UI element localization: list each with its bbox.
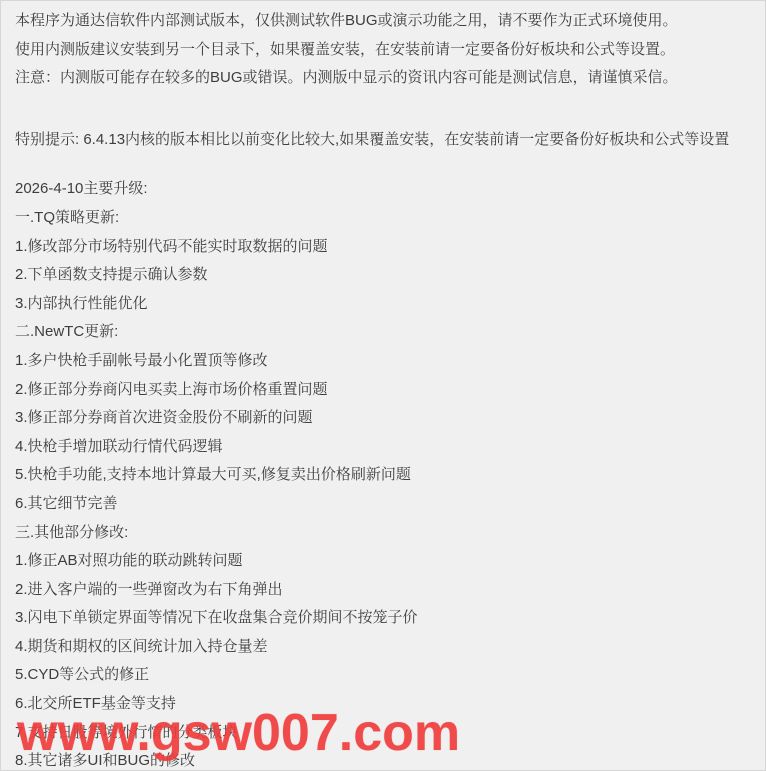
spacer [15, 154, 765, 175]
section-heading-tq: 一.TQ策略更新: [15, 204, 765, 233]
changelog-item: 7.支持日股等境外行情的分类板块 [15, 719, 765, 748]
changelog-item: 5.快枪手功能,支持本地计算最大可买,修复卖出价格刷新问题 [15, 461, 765, 490]
changelog-item: 1.修正AB对照功能的联动跳转问题 [15, 547, 765, 576]
changelog-item: 1.修改部分市场特别代码不能实时取数据的问题 [15, 233, 765, 262]
section-heading-other: 三.其他部分修改: [15, 519, 765, 548]
section-heading-newtc: 二.NewTC更新: [15, 318, 765, 347]
notice-line-2: 使用内测版建议安装到另一个目录下，如果覆盖安装，在安装前请一定要备份好板块和公式… [15, 36, 765, 65]
changelog-item: 1.多户快枪手副帐号最小化置顶等修改 [15, 347, 765, 376]
changelog-item: 4.期货和期权的区间统计加入持仓量差 [15, 633, 765, 662]
changelog-item: 3.闪电下单锁定界面等情况下在收盘集合竞价期间不按笼子价 [15, 604, 765, 633]
changelog-title: 2026-4-10主要升级: [15, 175, 765, 204]
notice-line-1: 本程序为通达信软件内部测试版本，仅供测试软件BUG或演示功能之用，请不要作为正式… [15, 7, 765, 36]
changelog-item: 2.进入客户端的一些弹窗改为右下角弹出 [15, 576, 765, 605]
changelog-item: 3.修正部分券商首次进资金股份不刷新的问题 [15, 404, 765, 433]
changelog-item: 3.内部执行性能优化 [15, 290, 765, 319]
special-tip: 特别提示: 6.4.13内核的版本相比以前变化比较大,如果覆盖安装，在安装前请一… [15, 126, 765, 155]
changelog-item: 8.其它诸多UI和BUG的修改 [15, 747, 765, 771]
changelog-item: 6.其它细节完善 [15, 490, 765, 519]
spacer [15, 93, 765, 126]
changelog-item: 5.CYD等公式的修正 [15, 661, 765, 690]
notice-line-3: 注意：内测版可能存在较多的BUG或错误。内测版中显示的资讯内容可能是测试信息，请… [15, 64, 765, 93]
changelog-item: 4.快枪手增加联动行情代码逻辑 [15, 433, 765, 462]
changelog-item: 6.北交所ETF基金等支持 [15, 690, 765, 719]
release-notes-page: 本程序为通达信软件内部测试版本，仅供测试软件BUG或演示功能之用，请不要作为正式… [1, 1, 765, 771]
changelog-item: 2.下单函数支持提示确认参数 [15, 261, 765, 290]
changelog-item: 2.修正部分券商闪电买卖上海市场价格重置问题 [15, 376, 765, 405]
